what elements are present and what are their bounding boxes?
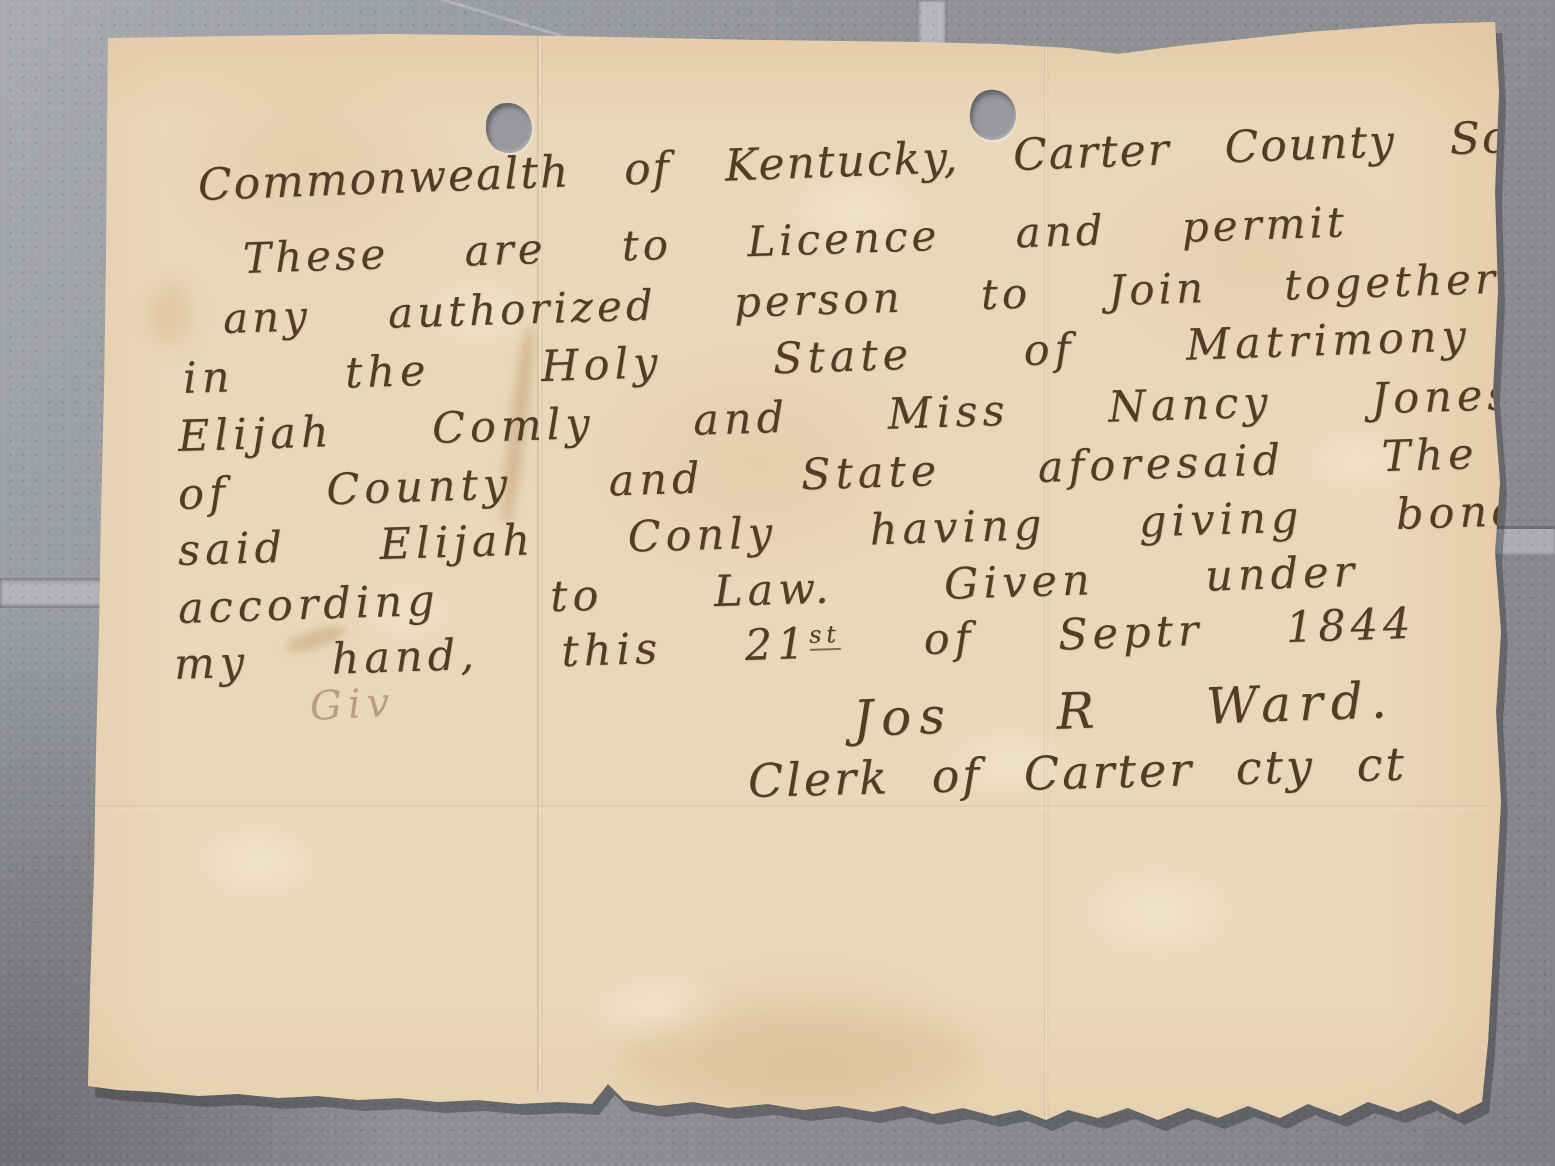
stain	[148, 282, 192, 346]
handwritten-line-1: Commonwealth of Kentucky, Carter County …	[197, 111, 1545, 211]
photo-of-document: Commonwealth of Kentucky, Carter County …	[0, 0, 1555, 1166]
document-paper: Commonwealth of Kentucky, Carter County …	[58, 12, 1506, 1137]
date-superscript: st	[809, 620, 842, 651]
punch-hole-left	[486, 103, 532, 153]
clerk-signature: Jos R Ward.	[852, 671, 1396, 748]
clerk-title-line: Clerk of Carter cty ct	[747, 737, 1407, 808]
stain	[618, 1007, 978, 1102]
faint-pencil-mark: Giv	[309, 680, 397, 730]
